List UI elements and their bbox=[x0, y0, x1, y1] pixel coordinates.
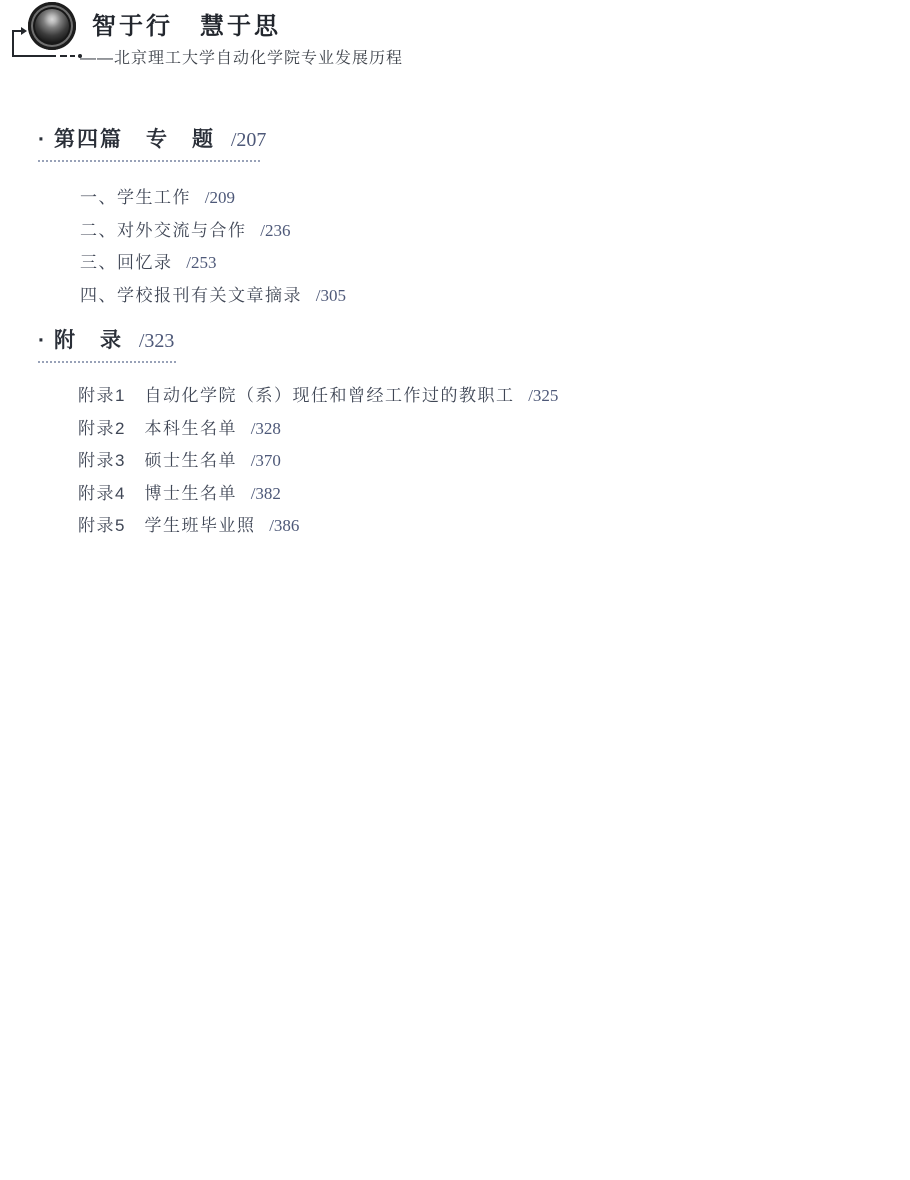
toc-section-heading: ·第四篇 专 题 /207 bbox=[38, 126, 798, 154]
toc-item: 附录3 硕士生名单 /370 bbox=[78, 445, 798, 478]
toc-section-heading: ·附 录 /323 bbox=[38, 327, 798, 355]
toc-item-label: 一、学生工作 bbox=[80, 188, 191, 207]
toc-item-label: 附录2 本科生名单 bbox=[78, 419, 237, 438]
toc-item-label: 附录1 自动化学院（系）现任和曾经工作过的教职工 bbox=[78, 386, 514, 405]
toc-item-label: 二、对外交流与合作 bbox=[80, 221, 247, 240]
bracket-dash bbox=[60, 55, 67, 57]
toc-item-page: /386 bbox=[269, 516, 299, 535]
toc-item: 二、对外交流与合作 /236 bbox=[80, 215, 798, 248]
section-page-number: /323 bbox=[139, 330, 175, 352]
dotted-underline bbox=[38, 160, 262, 162]
book-page: 智于行 慧于思 ——北京理工大学自动化学院专业发展历程 ·第四篇 专 题 /20… bbox=[0, 0, 910, 1180]
toc-item-page: /328 bbox=[251, 419, 281, 438]
toc-item-label: 附录3 硕士生名单 bbox=[78, 451, 237, 470]
section-title: 第四篇 专 题 bbox=[54, 128, 215, 151]
bracket-vertical-line bbox=[12, 30, 14, 57]
toc-item-label: 附录5 学生班毕业照 bbox=[78, 516, 255, 535]
toc-item-page: /209 bbox=[205, 188, 235, 207]
toc-item: 附录4 博士生名单 /382 bbox=[78, 478, 798, 511]
section-title: 附 录 bbox=[54, 329, 123, 352]
page-header: 智于行 慧于思 ——北京理工大学自动化学院专业发展历程 bbox=[0, 0, 910, 80]
toc-section-appendix: ·附 录 /323 附录1 自动化学院（系）现任和曾经工作过的教职工 /325 … bbox=[38, 327, 798, 543]
toc-item-label: 四、学校报刊有关文章摘录 bbox=[80, 286, 302, 305]
toc-item-page: /325 bbox=[528, 386, 558, 405]
section-page-number: /207 bbox=[231, 129, 267, 151]
toc-item-page: /305 bbox=[316, 286, 346, 305]
toc-item-page: /370 bbox=[251, 451, 281, 470]
toc-item: 附录1 自动化学院（系）现任和曾经工作过的教职工 /325 bbox=[78, 380, 798, 413]
toc-item: 一、学生工作 /209 bbox=[80, 182, 798, 215]
toc-item-page: /382 bbox=[251, 484, 281, 503]
bracket-dash bbox=[70, 55, 75, 57]
toc-item-page: /253 bbox=[186, 253, 216, 272]
bullet-dot: · bbox=[38, 329, 45, 352]
university-seal-icon bbox=[28, 2, 76, 50]
bullet-dot: · bbox=[38, 128, 45, 151]
toc-item: 附录5 学生班毕业照 /386 bbox=[78, 510, 798, 543]
toc-item-list: 附录1 自动化学院（系）现任和曾经工作过的教职工 /325 附录2 本科生名单 … bbox=[38, 380, 798, 543]
toc-item-label: 三、回忆录 bbox=[80, 253, 173, 272]
toc-item: 四、学校报刊有关文章摘录 /305 bbox=[80, 280, 798, 313]
toc-item: 附录2 本科生名单 /328 bbox=[78, 413, 798, 446]
bracket-arrow-icon bbox=[21, 27, 27, 35]
toc-item-list: 一、学生工作 /209 二、对外交流与合作 /236 三、回忆录 /253 四、… bbox=[38, 182, 798, 312]
toc-section-part4: ·第四篇 专 题 /207 一、学生工作 /209 二、对外交流与合作 /236… bbox=[38, 126, 798, 312]
toc-item-label: 附录4 博士生名单 bbox=[78, 484, 237, 503]
table-of-contents: ·第四篇 专 题 /207 一、学生工作 /209 二、对外交流与合作 /236… bbox=[38, 126, 798, 558]
dotted-underline bbox=[38, 361, 178, 363]
header-slogan: 智于行 慧于思 bbox=[92, 6, 281, 41]
bracket-bottom-line bbox=[12, 55, 56, 57]
toc-item: 三、回忆录 /253 bbox=[80, 247, 798, 280]
header-subtitle: ——北京理工大学自动化学院专业发展历程 bbox=[80, 45, 403, 68]
toc-item-page: /236 bbox=[260, 221, 290, 240]
